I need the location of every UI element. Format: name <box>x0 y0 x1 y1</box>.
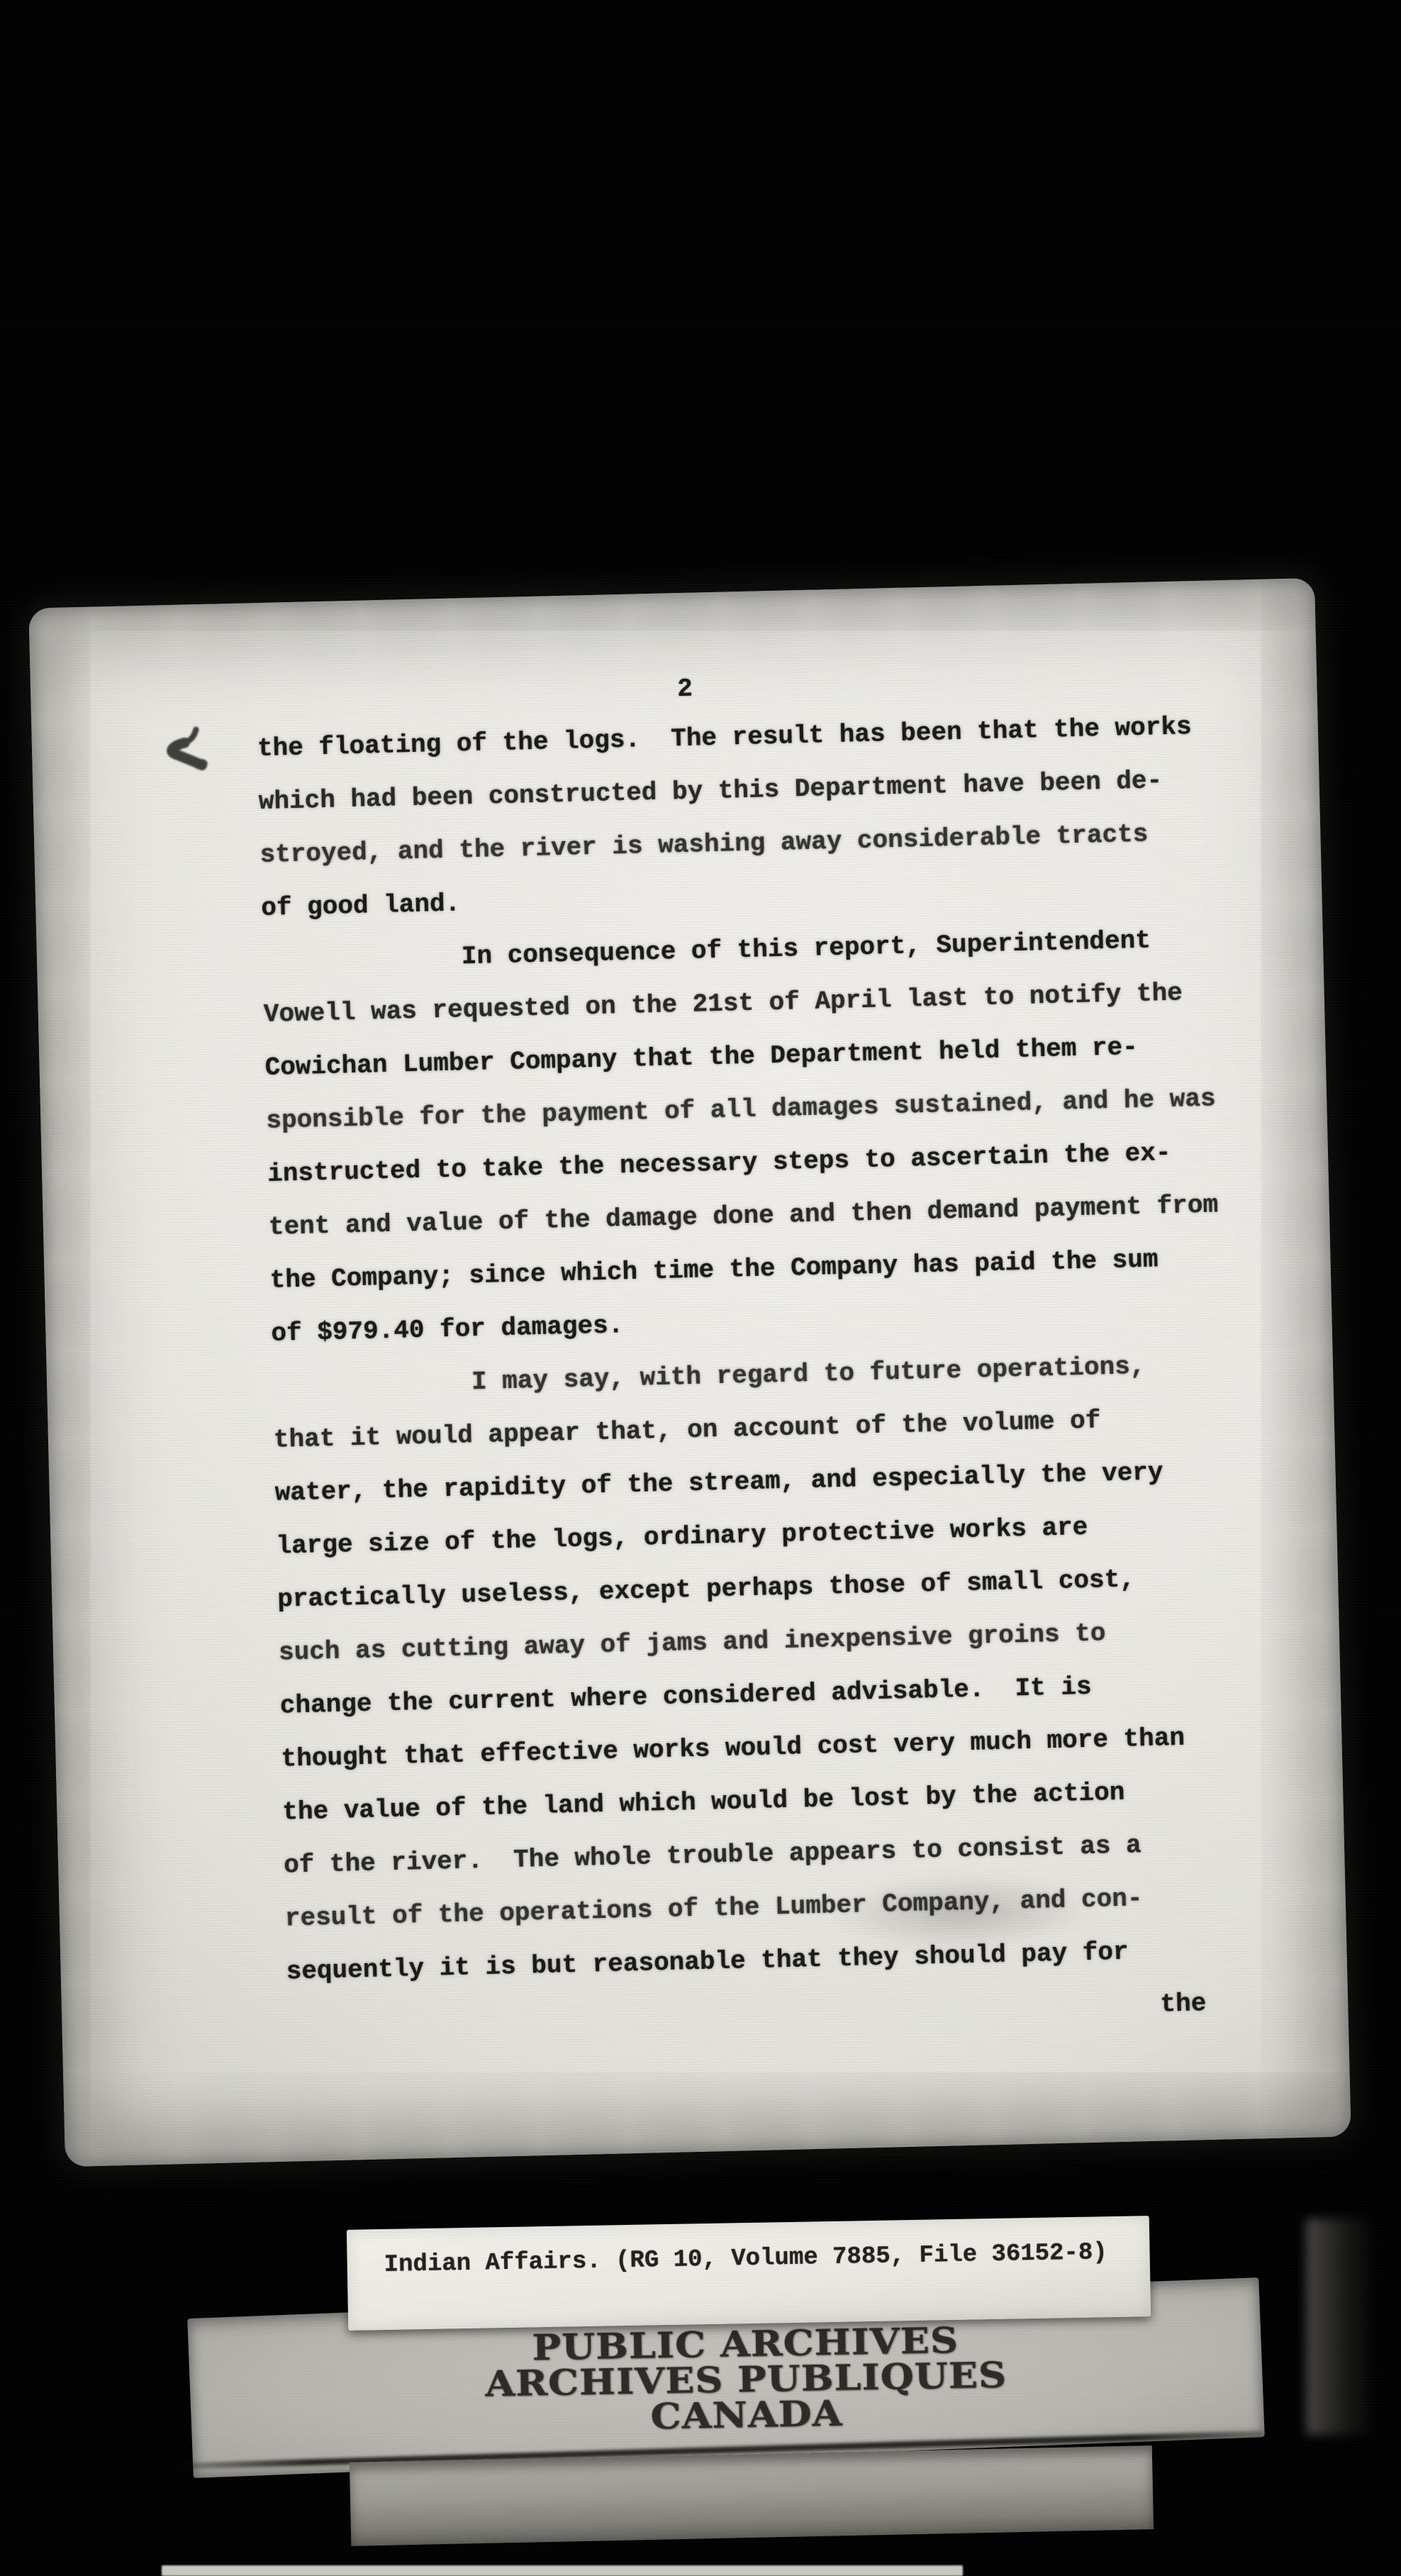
microfilm-scan: 2 the floating of the logs. The result h… <box>0 0 1401 2576</box>
document-page: 2 the floating of the logs. The result h… <box>28 578 1351 2167</box>
archival-reference-label: Indian Affairs. (RG 10, Volume 7885, Fil… <box>347 2216 1151 2331</box>
handwritten-margin-mark <box>153 719 232 795</box>
archival-reference-text: Indian Affairs. (RG 10, Volume 7885, Fil… <box>384 2241 1107 2277</box>
next-frame-sliver <box>162 2565 963 2576</box>
typed-body: the floating of the logs. The result has… <box>257 698 1323 2052</box>
public-archives-stamp: PUBLIC ARCHIVES ARCHIVES PUBLIQUES CANAD… <box>189 2317 1263 2442</box>
lower-paper-strip <box>350 2445 1154 2546</box>
film-edge-smudge <box>1306 2219 1377 2435</box>
page-number: 2 <box>676 662 693 716</box>
